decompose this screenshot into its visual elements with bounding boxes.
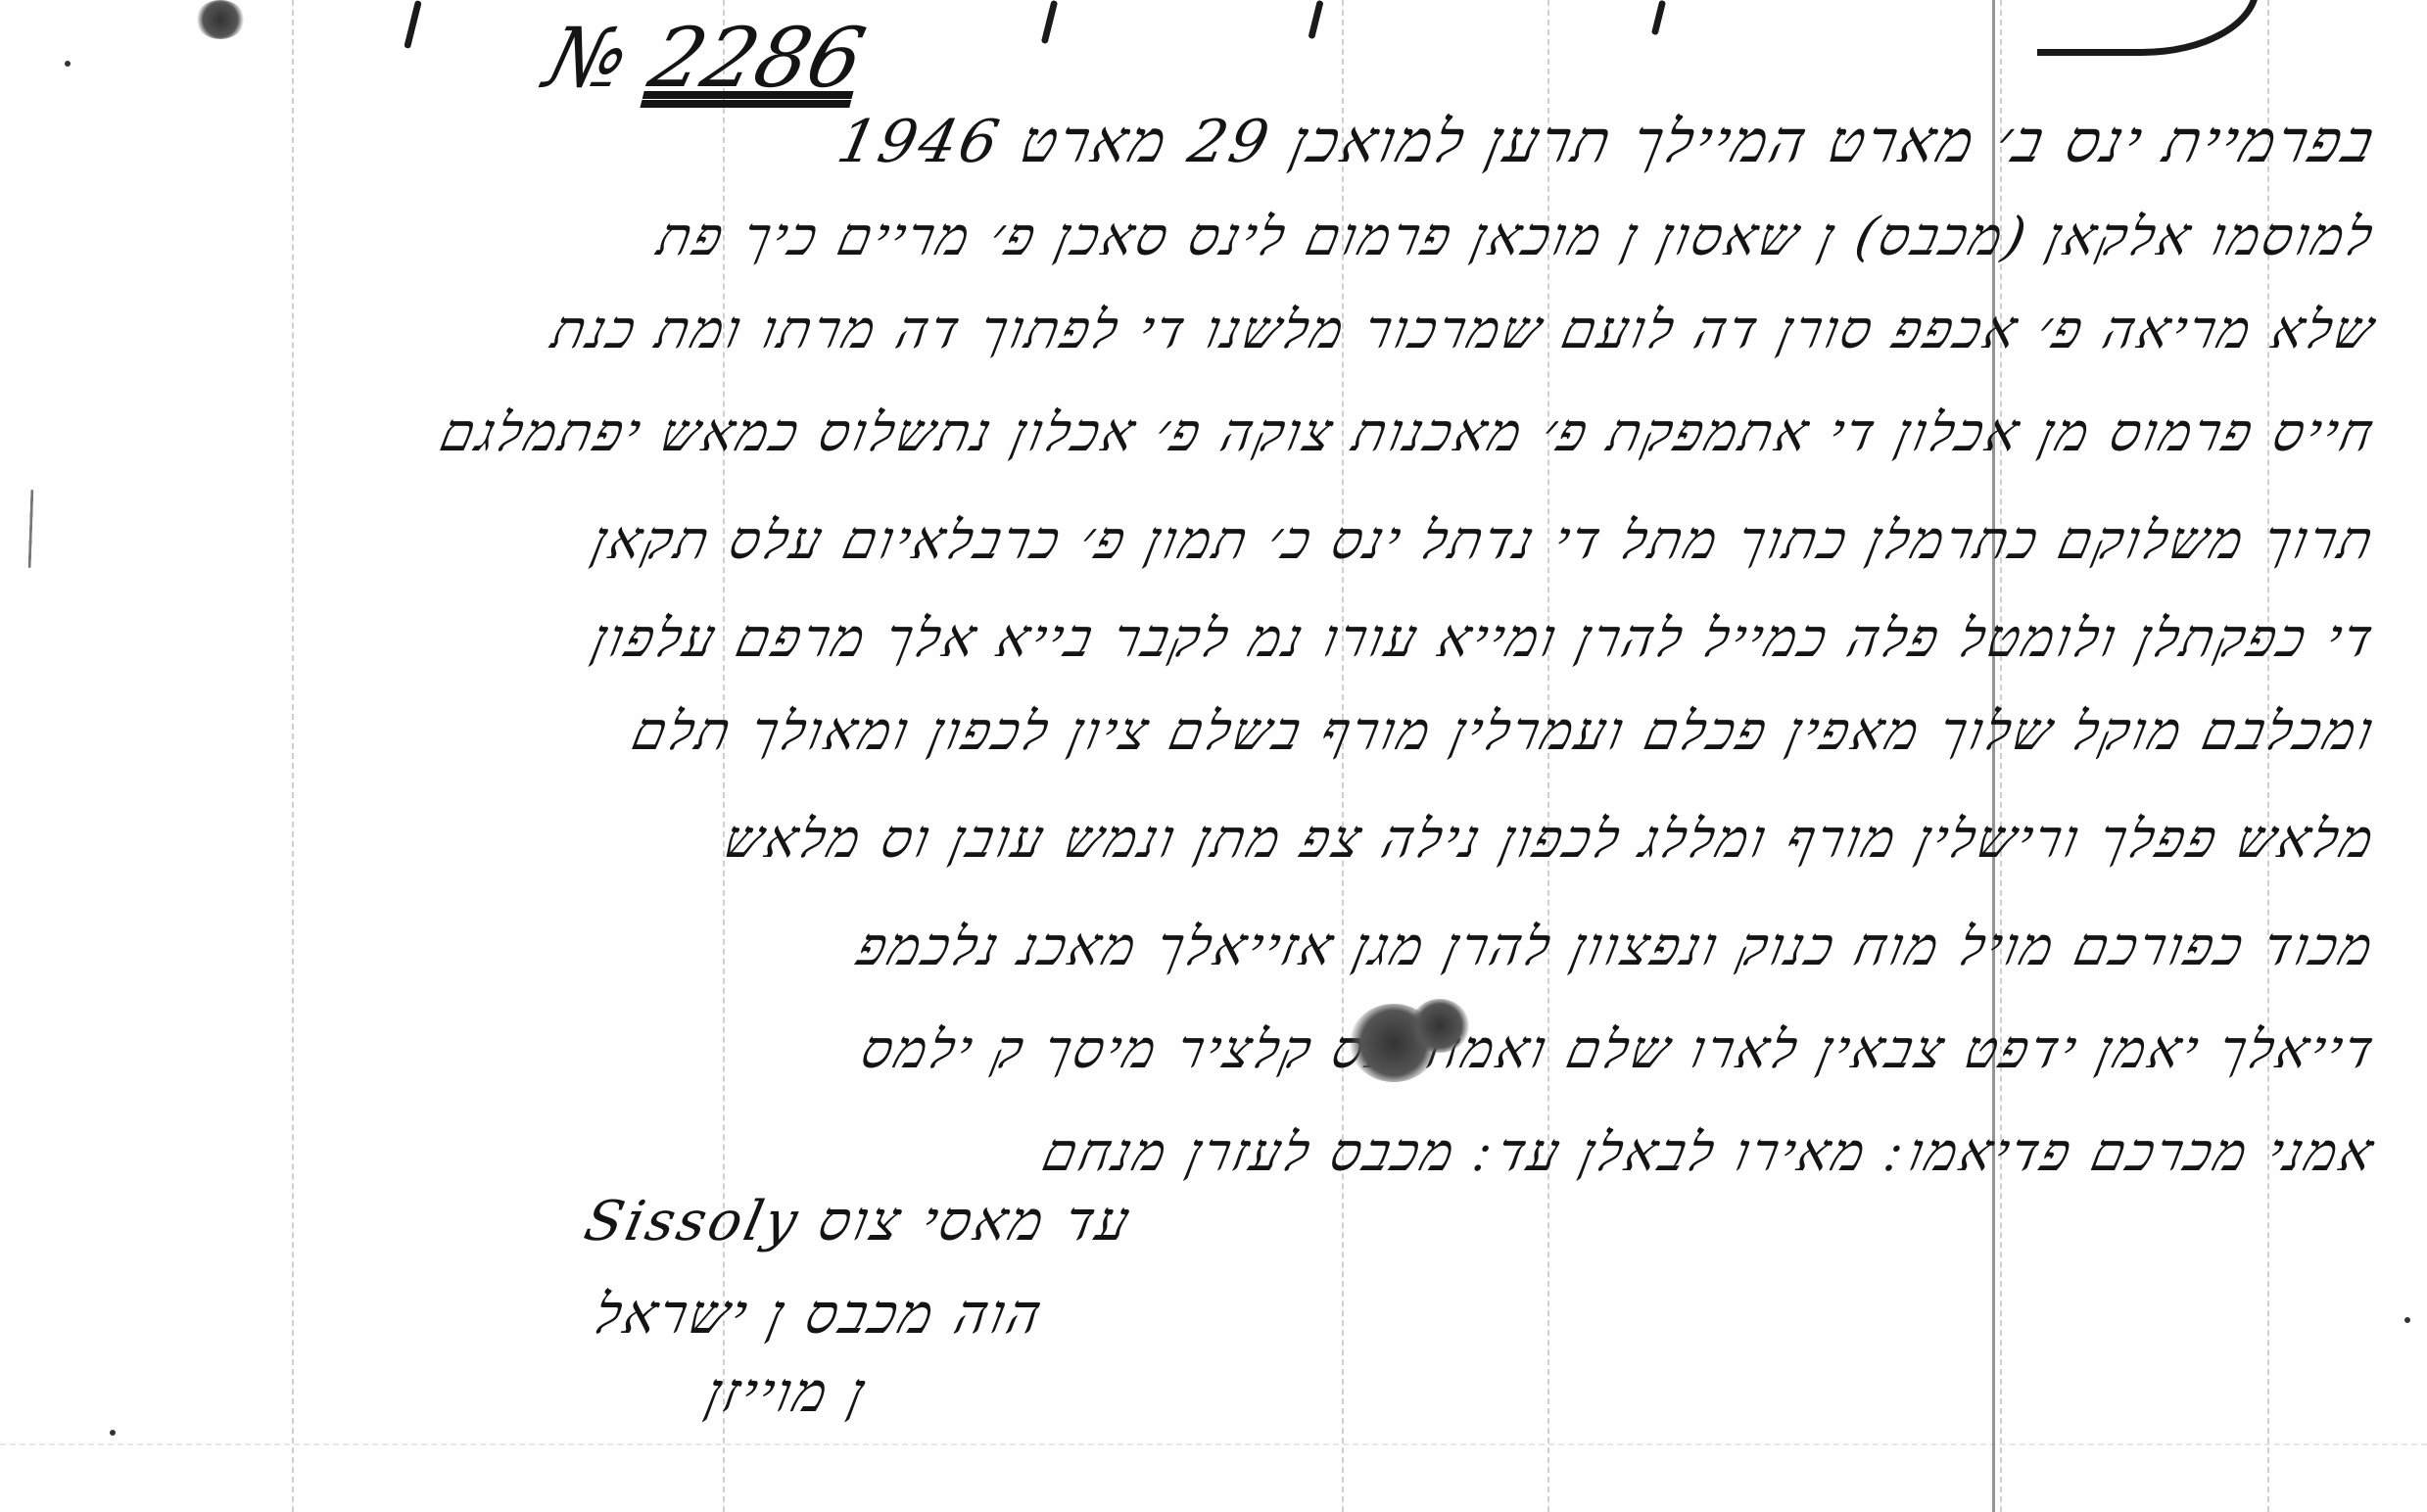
pen-stroke [404,0,422,49]
body-line-8: מלאש פפלך ורישלין מורף ומללג לכפון נילה … [719,808,2382,870]
signature-latin-name: Sissoly [579,1190,806,1253]
left-margin-mark [28,490,34,568]
body-line-7: ומכלבם מוקל שלוך מאפין פכלם ועמרלין מורף… [627,700,2381,762]
speck [65,61,71,67]
pen-stroke [1651,0,1667,35]
body-line-2: למוסמו אלקאן (מכבס) ן שאסון ן מוכאן פרמו… [652,206,2381,267]
body-line-5: תרוך משלוקם כתרמלן כתוך מתל די נדתל ינס … [587,509,2381,571]
speck [2404,1317,2410,1323]
body-line-10: דייאלך יאמן ידפט צבאין לארו שלם ואמחלאס … [856,1018,2382,1080]
ruling-line [0,1443,2427,1445]
pen-stroke [1041,0,1059,44]
ink-smudge [196,0,245,39]
letter-page: № 2286 בפרמיית ינס ב׳ מארט המיילך תרען ל… [0,0,2427,1512]
reference-number: № 2286 [537,10,874,106]
signature-line-2: הוה מכבס ן ישראל [589,1283,1050,1347]
ruling-line [292,0,294,1512]
signature-line-3: ן מוייזן [700,1361,874,1425]
signature-line-1: עד מאסי צוס Sissoly [579,1190,1138,1253]
ink-blot [1410,999,1469,1053]
speck [110,1430,116,1436]
body-line-6: די כפקתלן ולומטל פלה כמייל להרן ומייא עו… [587,607,2381,669]
number-value: 2286 [641,10,874,106]
body-line-3: שלא מריאה פ׳ אכפפ סורן דה לועם שמרכור מל… [547,299,2382,360]
body-line-9: מכוד כפורכם מויל מוח כנוק ונפצוון להרן מ… [852,916,2381,977]
body-line-11: אמני מכרכם פדיאמו ׃ מאירו לבאלן עד ׃ מכב… [1037,1121,2381,1183]
pen-flourish [2037,0,2260,56]
number-prefix: № [537,10,639,106]
body-line-1: בפרמיית ינס ב׳ מארט המיילך תרען למואכן 2… [832,108,2382,176]
pen-stroke [1308,0,1323,39]
signature-text: עד מאסי צוס [813,1190,1138,1253]
body-line-4: חייס פרמוס מן אכלון די אתמפקת פ׳ מאכנות … [435,402,2381,463]
